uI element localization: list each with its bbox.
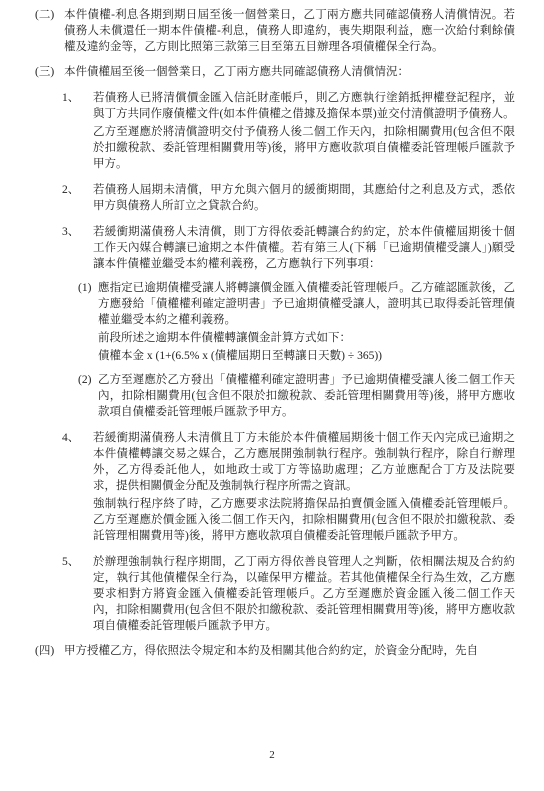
item-3-subitem-1: (1) 應指定已逾期債權受讓人將轉讓價金匯入債權委託管理帳戶。乙方確認匯款後，乙… [78, 280, 515, 364]
clause-2: (二) 本件債權-利息各期到期日屆至後一個營業日，乙丁兩方應共同確認債務人清償情… [35, 7, 515, 55]
item-1-paragraph-1: 若債務人已將清償價金匯入信託財產帳戶，則乙方應執行塗銷抵押權登記程序，並與丁方共… [93, 90, 515, 122]
page-number: 2 [0, 747, 544, 763]
subitem-2-label: (2) [78, 372, 98, 388]
item-5-body: 於辦理強制執行程序期間，乙丁兩方得依善良管理人之判斷，依相關法規及合約約定，執行… [93, 554, 515, 634]
item-1-paragraph-2: 乙方至遲應於將清償證明交付予債務人後二個工作天內，扣除相關費用(包含但不限於扣繳… [93, 124, 515, 172]
item-4-label: 4、 [62, 430, 93, 446]
item-4-body: 若緩衝期滿債務人未清償且丁方未能於本件債權屆期後十個工作天內完成已逾期之本件債權… [93, 430, 515, 544]
item-3-body: 若緩衝期滿債務人未清償，則丁方得依委託轉讓合約約定，於本件債權屆期後十個工作天內… [93, 224, 515, 272]
subitem-2-paragraph-1: 乙方至遲應於乙方發出「債權權利確定證明書」予已逾期債權受讓人後二個工作天內，扣除… [98, 372, 515, 420]
subitem-1-paragraph-2: 前段所述之逾期本件債權轉讓價金計算方式如下： [98, 330, 515, 346]
subitem-1-body: 應指定已逾期債權受讓人將轉讓價金匯入債權委託管理帳戶。乙方確認匯款後，乙方應發給… [98, 280, 515, 364]
contract-document-page: (二) 本件債權-利息各期到期日屆至後一個營業日，乙丁兩方應共同確認債務人清償情… [0, 0, 544, 791]
item-4-paragraph-2: 強制執行程序終了時，乙方應要求法院將擔保品拍賣價金匯入債權委託管理帳戶。乙方至遲… [93, 496, 515, 544]
item-1-body: 若債務人已將清償價金匯入信託財產帳戶，則乙方應執行塗銷抵押權登記程序，並與丁方共… [93, 90, 515, 172]
item-3-paragraph-1: 若緩衝期滿債務人未清償，則丁方得依委託轉讓合約約定，於本件債權屆期後十個工作天內… [93, 224, 515, 272]
clause-3: (三) 本件債權屆至後一個營業日，乙丁兩方應共同確認債務人清償情況： [35, 64, 515, 80]
item-3-label: 3、 [62, 224, 93, 240]
item-2-label: 2、 [62, 182, 93, 198]
clause-4-body: 甲方授權乙方，得依照法令規定和本約及相關其他合約約定，於資金分配時，先自 [64, 643, 515, 659]
clause-2-body: 本件債權-利息各期到期日屆至後一個營業日，乙丁兩方應共同確認債務人清償情況。若債… [64, 7, 515, 55]
clause-3-item-1: 1、 若債務人已將清償價金匯入信託財產帳戶，則乙方應執行塗銷抵押權登記程序，並與… [62, 90, 515, 172]
subitem-1-paragraph-1: 應指定已逾期債權受讓人將轉讓價金匯入債權委託管理帳戶。乙方確認匯款後，乙方應發給… [98, 280, 515, 328]
clause-3-item-3: 3、 若緩衝期滿債務人未清償，則丁方得依委託轉讓合約約定，於本件債權屆期後十個工… [62, 224, 515, 272]
clause-3-item-4: 4、 若緩衝期滿債務人未清償且丁方未能於本件債權屆期後十個工作天內完成已逾期之本… [62, 430, 515, 544]
item-4-paragraph-1: 若緩衝期滿債務人未清償且丁方未能於本件債權屆期後十個工作天內完成已逾期之本件債權… [93, 430, 515, 494]
clause-2-label: (二) [35, 7, 64, 23]
subitem-2-body: 乙方至遲應於乙方發出「債權權利確定證明書」予已逾期債權受讓人後二個工作天內，扣除… [98, 372, 515, 420]
clause-3-intro: 本件債權屆至後一個營業日，乙丁兩方應共同確認債務人清償情況： [64, 64, 515, 80]
item-5-label: 5、 [62, 554, 93, 570]
item-1-label: 1、 [62, 90, 93, 106]
transfer-price-formula: 債權本金 x (1+(6.5% x (債權屆期日至轉讓日天數) ÷ 365)) [98, 348, 515, 364]
clause-3-label: (三) [35, 64, 64, 80]
clause-3-item-2: 2、 若債務人屆期未清償，甲方允與六個月的緩衝期間，其應給付之利息及方式，悉依甲… [62, 182, 515, 214]
clause-2-paragraph: 本件債權-利息各期到期日屆至後一個營業日，乙丁兩方應共同確認債務人清償情況。若債… [64, 7, 515, 55]
item-2-body: 若債務人屆期未清償，甲方允與六個月的緩衝期間，其應給付之利息及方式，悉依甲方與債… [93, 182, 515, 214]
clause-4: (四) 甲方授權乙方，得依照法令規定和本約及相關其他合約約定，於資金分配時，先自 [35, 643, 515, 659]
clause-3-body: 本件債權屆至後一個營業日，乙丁兩方應共同確認債務人清償情況： [64, 64, 515, 80]
subitem-1-label: (1) [78, 280, 98, 296]
item-3-subitem-2: (2) 乙方至遲應於乙方發出「債權權利確定證明書」予已逾期債權受讓人後二個工作天… [78, 372, 515, 420]
item-2-paragraph-1: 若債務人屆期未清償，甲方允與六個月的緩衝期間，其應給付之利息及方式，悉依甲方與債… [93, 182, 515, 214]
clause-4-label: (四) [35, 643, 64, 659]
clause-4-paragraph: 甲方授權乙方，得依照法令規定和本約及相關其他合約約定，於資金分配時，先自 [64, 643, 515, 659]
clause-3-item-5: 5、 於辦理強制執行程序期間，乙丁兩方得依善良管理人之判斷，依相關法規及合約約定… [62, 554, 515, 634]
item-5-paragraph-1: 於辦理強制執行程序期間，乙丁兩方得依善良管理人之判斷，依相關法規及合約約定，執行… [93, 554, 515, 634]
